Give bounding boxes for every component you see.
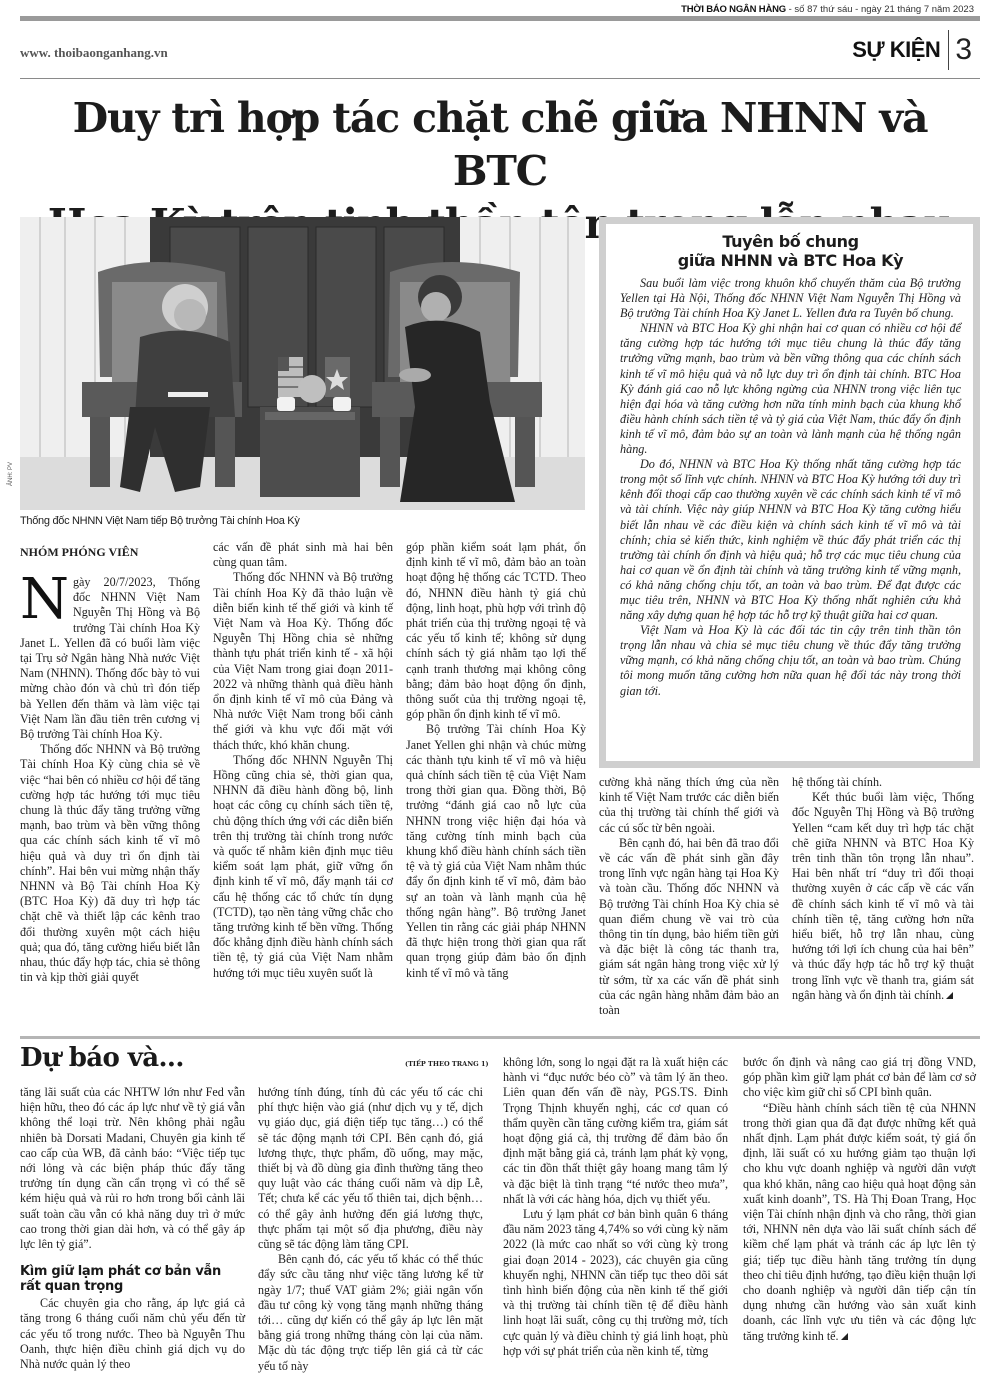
joint-statement-body: Sau buổi làm việc trong khuôn khổ chuyến…: [620, 276, 961, 699]
end-of-article-icon: [946, 992, 953, 999]
paragraph: Bên cạnh đó, các yếu tố khác có thể thúc…: [258, 1252, 483, 1374]
joint-statement-title: Tuyên bố chung giữa NHNN và BTC Hoa Kỳ: [620, 232, 961, 270]
joint-statement-box: Tuyên bố chung giữa NHNN và BTC Hoa Kỳ S…: [599, 217, 980, 768]
article2-column-3: không lớn, song lo ngại đặt ra là xuất h…: [503, 1055, 728, 1359]
article2-subheading: Kìm giữ lạm phát cơ bản vẫn rất quan trọ…: [20, 1264, 245, 1294]
paragraph: các vấn đề phát sinh mà hai bên cùng qua…: [213, 540, 393, 570]
paragraph: Bên cạnh đó, hai bên đã trao đổi về các …: [599, 836, 779, 1018]
article2-headline: Dự báo và...: [20, 1043, 184, 1073]
dropcap: N: [20, 578, 69, 622]
article-column-2: các vấn đề phát sinh mà hai bên cùng qua…: [213, 540, 393, 981]
article-column-4: cường khả năng thích ứng của nền kinh tế…: [599, 775, 779, 1018]
article-photo: [20, 217, 585, 510]
article2-column-4: bước ổn định và nâng cao giá trị đồng VN…: [743, 1055, 976, 1344]
article-column-5: hệ thống tài chính. Kết thúc buổi làm vi…: [792, 775, 974, 1003]
paragraph: hướng tính đúng, tính đủ các yếu tố các …: [258, 1085, 483, 1252]
paragraph: Thống đốc NHNN Nguyễn Thị Hồng cũng chia…: [213, 753, 393, 981]
article-column-3: góp phần kiểm soát lạm phát, ổn định kin…: [406, 540, 586, 981]
end-of-article-icon: [841, 1333, 848, 1340]
section-name: SỰ KIỆN: [852, 30, 949, 70]
article2-column-2: hướng tính đúng, tính đủ các yếu tố các …: [258, 1085, 483, 1374]
photo-credit: ẢNH: PV: [8, 462, 14, 486]
site-url: www. thoibaonganhang.vn: [20, 45, 168, 61]
section-divider: [20, 1036, 980, 1039]
paragraph: không lớn, song lo ngại đặt ra là xuất h…: [503, 1055, 728, 1207]
article-column-1: Ngày 20/7/2023, Thống đốc NHNN Việt Nam …: [20, 575, 200, 985]
paragraph: Thống đốc NHNN và Bộ trưởng Tài chính Ho…: [213, 570, 393, 752]
paragraph: Việt Nam và Hoa Kỳ là các đối tác tin cậ…: [620, 623, 961, 698]
joint-statement-inner: Tuyên bố chung giữa NHNN và BTC Hoa Kỳ S…: [606, 224, 973, 761]
top-divider-bar: [20, 16, 980, 21]
masthead-issue-line: THỜI BÁO NGÂN HÀNG - số 87 thứ sáu - ngà…: [681, 4, 974, 15]
paragraph: Lưu ý lạm phát cơ bản bình quân 6 tháng …: [503, 1207, 728, 1359]
paragraph: Bộ trưởng Tài chính Hoa Kỳ Janet Yellen …: [406, 722, 586, 980]
paragraph: NHNN và BTC Hoa Kỳ ghi nhận hai cơ quan …: [620, 321, 961, 457]
paragraph: Các chuyên gia cho rằng, áp lực giá cả t…: [20, 1296, 245, 1372]
page-number: 3: [949, 30, 972, 70]
paragraph: hệ thống tài chính.: [792, 775, 974, 790]
section-header: SỰ KIỆN 3: [852, 30, 972, 70]
photo-caption: Thống đốc NHNN Việt Nam tiếp Bộ trưởng T…: [20, 515, 300, 527]
paragraph: tăng lãi suất của các NHTW lớn như Fed v…: [20, 1085, 245, 1252]
byline: NHÓM PHÓNG VIÊN: [20, 545, 138, 560]
issue-info: - số 87 thứ sáu - ngày 21 tháng 7 năm 20…: [786, 4, 974, 15]
headline-line-1: Duy trì hợp tác chặt chẽ giữa NHNN và BT…: [73, 94, 928, 195]
header-rule: [20, 78, 980, 79]
paragraph: Sau buổi làm việc trong khuôn khổ chuyến…: [620, 276, 961, 321]
paper-name: THỜI BÁO NGÂN HÀNG: [681, 4, 786, 15]
lead-paragraph: Ngày 20/7/2023, Thống đốc NHNN Việt Nam …: [20, 575, 200, 742]
paragraph: bước ổn định và nâng cao giá trị đồng VN…: [743, 1055, 976, 1101]
paragraph: cường khả năng thích ứng của nền kinh tế…: [599, 775, 779, 836]
article2-column-1: tăng lãi suất của các NHTW lớn như Fed v…: [20, 1085, 245, 1372]
paragraph: góp phần kiểm soát lạm phát, ổn định kin…: [406, 540, 586, 722]
paragraph: Thống đốc NHNN và Bộ trưởng Tài chính Ho…: [20, 742, 200, 985]
paragraph: Kết thúc buổi làm việc, Thống đốc Nguyễn…: [792, 790, 974, 1003]
continued-from-label: (TIẾP THEO TRANG 1): [405, 1060, 489, 1068]
paragraph: Do đó, NHNN và BTC Hoa Kỳ thống nhất tăn…: [620, 457, 961, 623]
paragraph: “Điều hành chính sách tiền tệ của NHNN t…: [743, 1101, 976, 1344]
